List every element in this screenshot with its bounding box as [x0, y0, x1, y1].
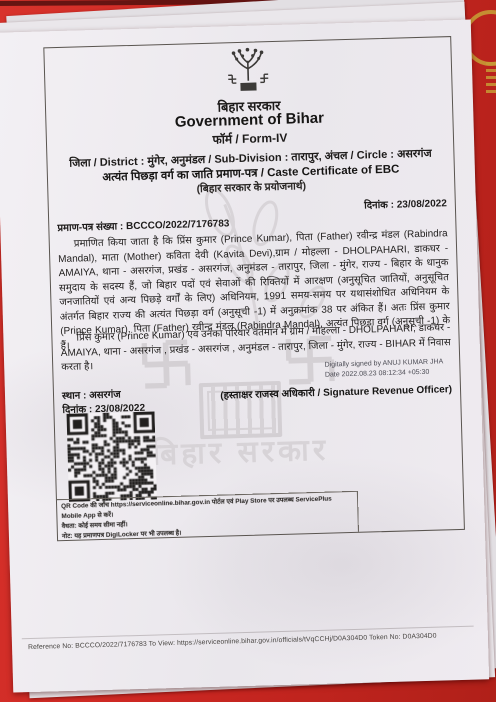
gold-seal-text-mark — [486, 62, 496, 96]
certificate-paper: बिहार सरकार — [0, 19, 489, 692]
qr-note-box: QR Code की जाँच https://serviceonline.bi… — [57, 491, 359, 540]
digital-signature-stamp: Digitally signed by ANUJ KUMAR JHA Date … — [325, 357, 444, 381]
certificate-border-box: बिहार सरकार Government of Bihar फॉर्म / … — [43, 36, 465, 541]
certificate-number: प्रमाण-पत्र संख्या : BCCCO/2022/7176783 — [57, 215, 229, 234]
revenue-officer-signature-label: (हस्ताक्षर राजस्व अधिकारी / Signature Re… — [220, 381, 452, 401]
qr-code — [67, 411, 157, 501]
digital-signature-date: Date 2022.08.23 08:12:34 +05:30 — [325, 368, 444, 381]
issue-date: दिनांक : 23/08/2022 — [364, 195, 447, 211]
photo-of-certificate: बिहार सरकार — [0, 0, 496, 702]
reference-footer: Reference No: BCCCO/2022/7176783 To View… — [28, 632, 478, 652]
